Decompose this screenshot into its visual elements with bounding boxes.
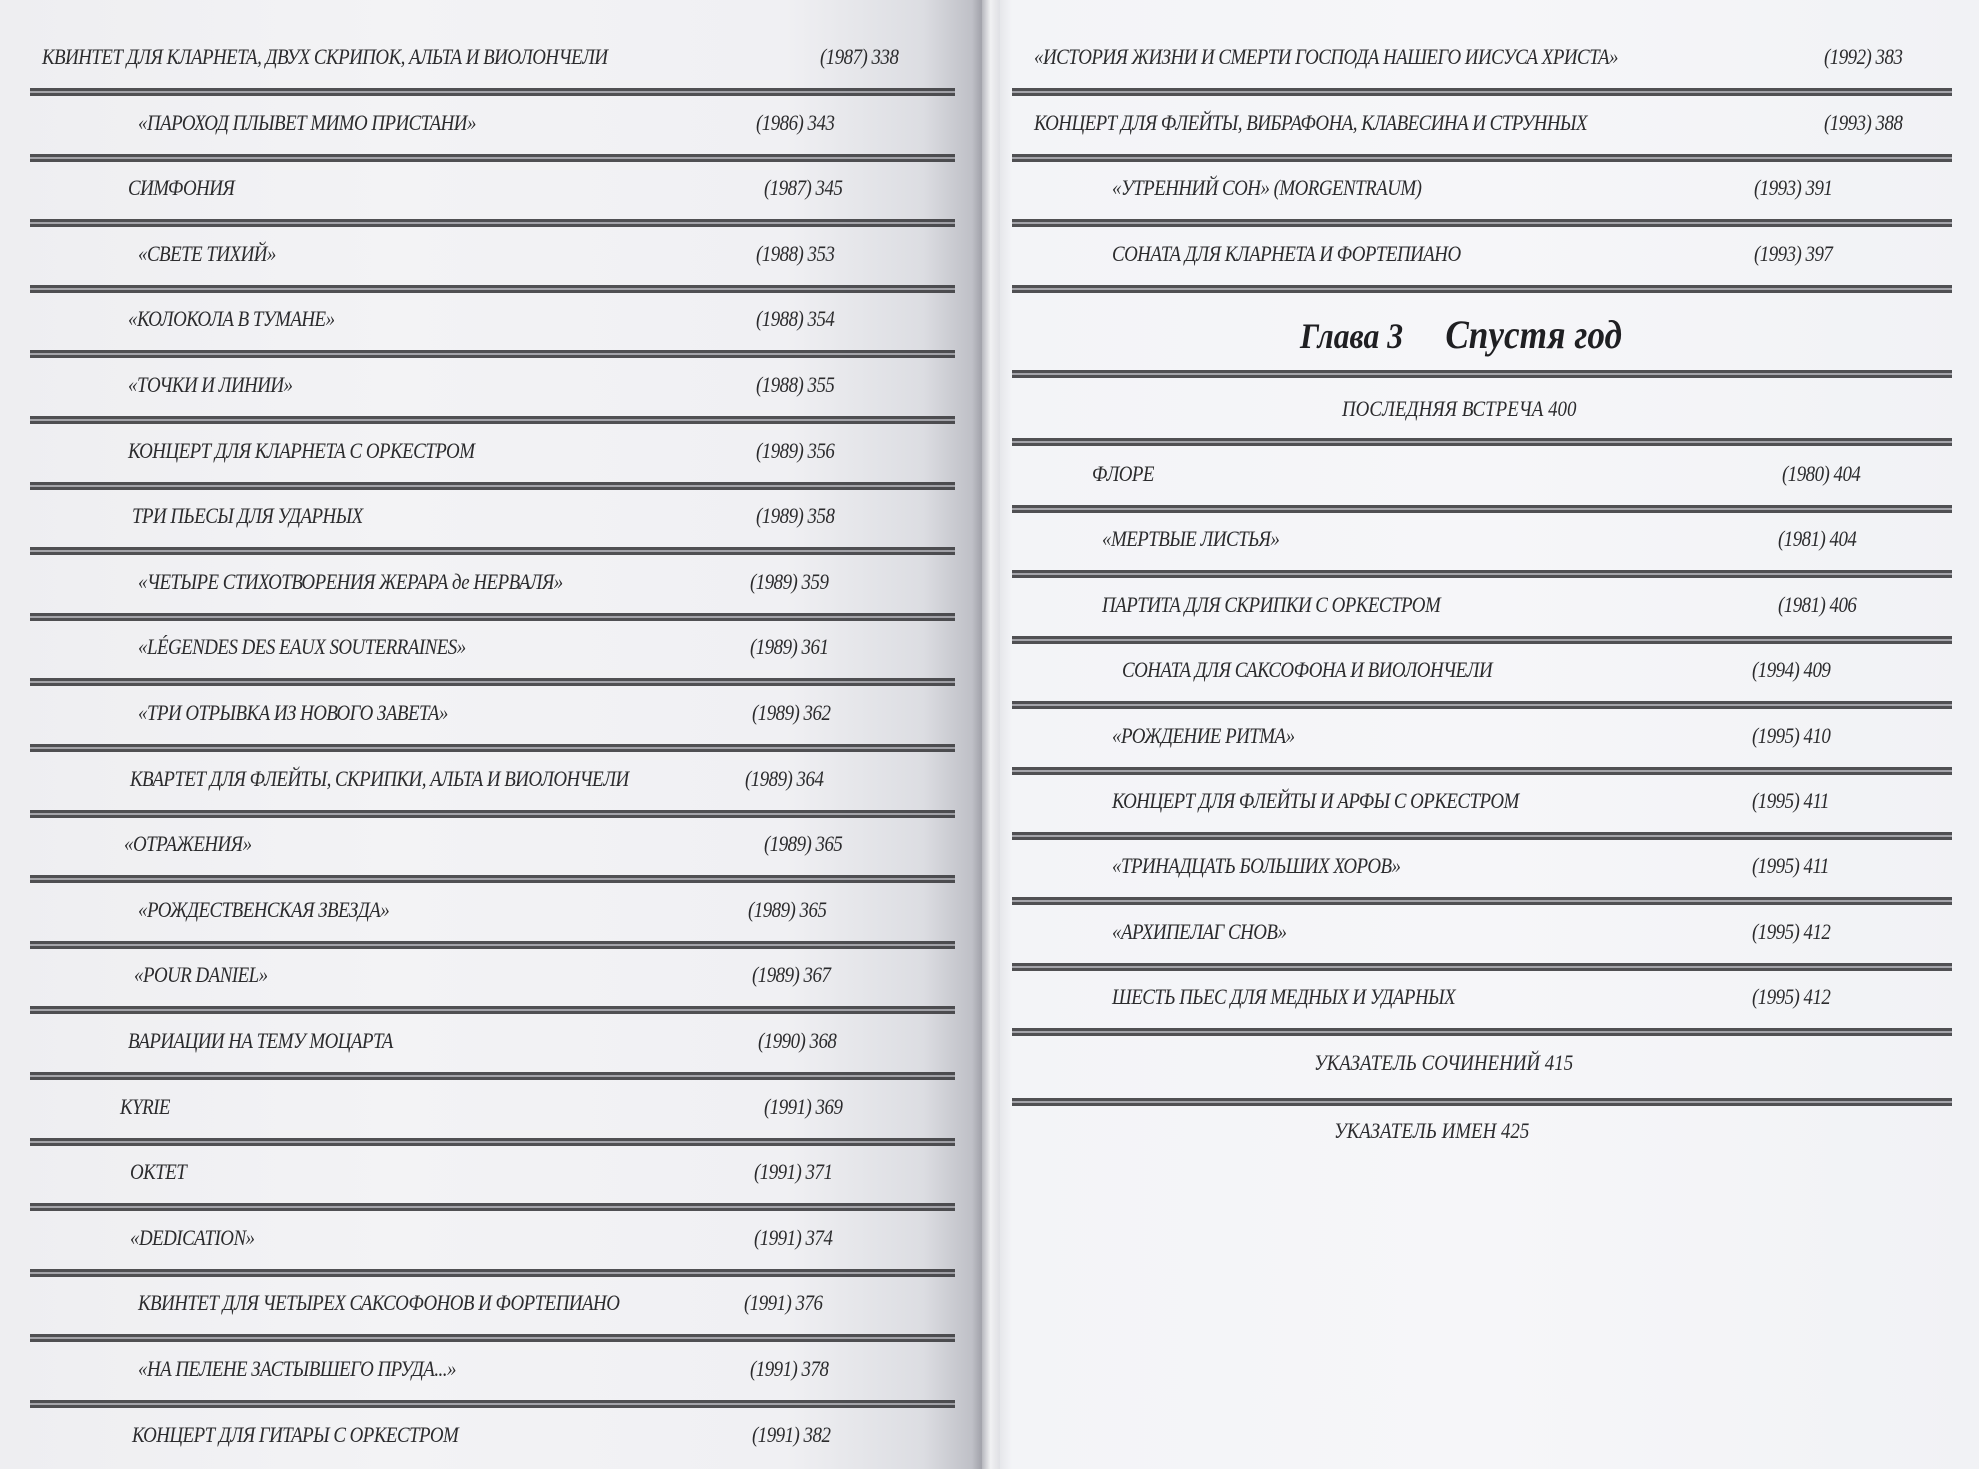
entry-year-page: (1989) 364	[745, 766, 823, 792]
entry-title: КВИНТЕТ ДЛЯ КЛАРНЕТА, ДВУХ СКРИПОК, АЛЬТ…	[42, 44, 608, 69]
entry-year-page: (1980) 404	[1782, 461, 1860, 487]
double-rule-divider	[30, 941, 955, 949]
entry-title: «НА ПЕЛЕНЕ ЗАСТЫВШЕГО ПРУДА...»	[138, 1356, 456, 1381]
double-rule-divider	[30, 678, 955, 686]
entry-year-page: (1989) 358	[756, 503, 834, 529]
toc-entry[interactable]: «УТРЕННИЙ СОН» (MORGENTRAUM)(1993) 391	[1112, 175, 1421, 201]
toc-entry[interactable]: СОНАТА ДЛЯ САКСОФОНА И ВИОЛОНЧЕЛИ(1994) …	[1122, 657, 1492, 683]
toc-entry[interactable]: «ТОЧКИ И ЛИНИИ»(1988) 355	[128, 372, 293, 398]
entry-year-page: (1981) 406	[1778, 592, 1856, 618]
entry-title: «DEDICATION»	[130, 1225, 254, 1250]
entry-title: «КОЛОКОЛА В ТУМАНЕ»	[128, 306, 335, 331]
entry-title: KYRIE	[120, 1094, 170, 1119]
double-rule-divider	[1012, 963, 1952, 971]
entry-title: «СВЕТЕ ТИХИЙ»	[138, 241, 276, 266]
double-rule-divider	[1012, 285, 1952, 293]
double-rule-divider	[30, 613, 955, 621]
double-rule-divider	[30, 482, 955, 490]
left-page: КВИНТЕТ ДЛЯ КЛАРНЕТА, ДВУХ СКРИПОК, АЛЬТ…	[0, 0, 982, 1469]
entry-year-page: (1993) 391	[1754, 175, 1832, 201]
toc-entry[interactable]: «СВЕТЕ ТИХИЙ»(1988) 353	[138, 241, 276, 267]
double-rule-divider	[30, 154, 955, 162]
double-rule-divider	[30, 1006, 955, 1014]
entry-year-page: (1991) 374	[754, 1225, 832, 1251]
entry-title: ПАРТИТА ДЛЯ СКРИПКИ С ОРКЕСТРОМ	[1102, 592, 1440, 617]
toc-entry[interactable]: «РОЖДЕСТВЕНСКАЯ ЗВЕЗДА»(1989) 365	[138, 897, 389, 923]
toc-entry[interactable]: «LÉGENDES DES EAUX SOUTERRAINES»(1989) 3…	[138, 634, 466, 660]
toc-entry[interactable]: КОНЦЕРТ ДЛЯ КЛАРНЕТА С ОРКЕСТРОМ(1989) 3…	[128, 438, 474, 464]
double-rule-divider	[1012, 154, 1952, 162]
chapter-number: Глава 3	[1300, 316, 1403, 356]
toc-entry[interactable]: KYRIE(1991) 369	[120, 1094, 170, 1120]
toc-entry[interactable]: «ТРИНАДЦАТЬ БОЛЬШИХ ХОРОВ»(1995) 411	[1112, 853, 1400, 879]
toc-entry[interactable]: «КОЛОКОЛА В ТУМАНЕ»(1988) 354	[128, 306, 335, 332]
double-rule-divider	[30, 810, 955, 818]
toc-entry[interactable]: ШЕСТЬ ПЬЕС ДЛЯ МЕДНЫХ И УДАРНЫХ(1995) 41…	[1112, 984, 1455, 1010]
double-rule-divider	[30, 1138, 955, 1146]
double-rule-divider	[1012, 219, 1952, 227]
entry-year-page: (1993) 397	[1754, 241, 1832, 267]
toc-entry[interactable]: КОНЦЕРТ ДЛЯ ФЛЕЙТЫ И АРФЫ С ОРКЕСТРОМ(19…	[1112, 788, 1519, 814]
entry-year-page: (1989) 356	[756, 438, 834, 464]
toc-entry[interactable]: ФЛОРЕ(1980) 404	[1092, 461, 1154, 487]
entry-year-page: (1991) 369	[764, 1094, 842, 1120]
double-rule-divider	[1012, 505, 1952, 513]
entry-title: «ТРИ ОТРЫВКА ИЗ НОВОГО ЗАВЕТА»	[138, 700, 448, 725]
double-rule-divider	[30, 1334, 955, 1342]
entry-title: «ТРИНАДЦАТЬ БОЛЬШИХ ХОРОВ»	[1112, 853, 1400, 878]
toc-entry[interactable]: «ОТРАЖЕНИЯ»(1989) 365	[124, 831, 252, 857]
double-rule-divider	[30, 1072, 955, 1080]
entry-year-page: (1988) 354	[756, 306, 834, 332]
double-rule-divider	[1012, 370, 1952, 378]
double-rule-divider	[1012, 438, 1952, 446]
entry-title: ФЛОРЕ	[1092, 461, 1154, 486]
entry-title: «LÉGENDES DES EAUX SOUTERRAINES»	[138, 634, 466, 659]
entry-year-page: (1991) 371	[754, 1159, 832, 1185]
entry-title: «РОЖДЕНИЕ РИТМА»	[1112, 723, 1295, 748]
double-rule-divider	[1012, 88, 1952, 96]
entry-year-page: (1987) 338	[820, 44, 898, 70]
entry-title: ВАРИАЦИИ НА ТЕМУ МОЦАРТА	[128, 1028, 393, 1053]
toc-entry[interactable]: «DEDICATION»(1991) 374	[130, 1225, 254, 1251]
bleed-through-texture	[1228, 1160, 1248, 1183]
entry-title: «МЕРТВЫЕ ЛИСТЬЯ»	[1102, 526, 1279, 551]
entry-year-page: (1988) 353	[756, 241, 834, 267]
toc-entry[interactable]: «ПАРОХОД ПЛЫВЕТ МИМО ПРИСТАНИ»(1986) 343	[138, 110, 476, 136]
entry-title: КОНЦЕРТ ДЛЯ ФЛЕЙТЫ И АРФЫ С ОРКЕСТРОМ	[1112, 788, 1519, 813]
double-rule-divider	[30, 744, 955, 752]
double-rule-divider	[1012, 701, 1952, 709]
double-rule-divider	[30, 1400, 955, 1408]
chapter-heading: Глава 3Спустя год	[1300, 311, 1622, 358]
section-last-meeting[interactable]: ПОСЛЕДНЯЯ ВСТРЕЧА 400	[1342, 396, 1576, 422]
entry-title: КВАРТЕТ ДЛЯ ФЛЕЙТЫ, СКРИПКИ, АЛЬТА И ВИО…	[130, 766, 629, 791]
entry-year-page: (1994) 409	[1752, 657, 1830, 683]
toc-entry[interactable]: КВИНТЕТ ДЛЯ КЛАРНЕТА, ДВУХ СКРИПОК, АЛЬТ…	[42, 44, 608, 70]
double-rule-divider	[30, 1269, 955, 1277]
double-rule-divider	[30, 219, 955, 227]
entry-title: «ТОЧКИ И ЛИНИИ»	[128, 372, 293, 397]
entry-year-page: (1992) 383	[1824, 44, 1902, 70]
entry-year-page: (1995) 412	[1752, 984, 1830, 1010]
entry-title: «POUR DANIEL»	[134, 962, 268, 987]
double-rule-divider	[1012, 570, 1952, 578]
entry-year-page: (1989) 362	[752, 700, 830, 726]
toc-entry[interactable]: КОНЦЕРТ ДЛЯ ФЛЕЙТЫ, ВИБРАФОНА, КЛАВЕСИНА…	[1034, 110, 1587, 136]
entry-year-page: (1995) 411	[1752, 853, 1829, 879]
entry-title: «ПАРОХОД ПЛЫВЕТ МИМО ПРИСТАНИ»	[138, 110, 476, 135]
toc-entry[interactable]: КВАРТЕТ ДЛЯ ФЛЕЙТЫ, СКРИПКИ, АЛЬТА И ВИО…	[130, 766, 629, 792]
entry-title: «АРХИПЕЛАГ СНОВ»	[1112, 919, 1286, 944]
double-rule-divider	[1012, 636, 1952, 644]
toc-entry[interactable]: КВИНТЕТ ДЛЯ ЧЕТЫРЕХ САКСОФОНОВ И ФОРТЕПИ…	[138, 1290, 619, 1316]
entry-year-page: (1981) 404	[1778, 526, 1856, 552]
book-gutter	[972, 0, 1000, 1469]
entry-year-page: (1995) 412	[1752, 919, 1830, 945]
double-rule-divider	[30, 875, 955, 883]
double-rule-divider	[30, 416, 955, 424]
entry-year-page: (1991) 378	[750, 1356, 828, 1382]
entry-title: КВИНТЕТ ДЛЯ ЧЕТЫРЕХ САКСОФОНОВ И ФОРТЕПИ…	[138, 1290, 619, 1315]
double-rule-divider	[30, 547, 955, 555]
entry-year-page: (1991) 376	[744, 1290, 822, 1316]
entry-title: ОКТЕТ	[130, 1159, 186, 1184]
toc-entry[interactable]: «POUR DANIEL»(1989) 367	[134, 962, 268, 988]
entry-title: «ОТРАЖЕНИЯ»	[124, 831, 252, 856]
entry-year-page: (1989) 365	[748, 897, 826, 923]
index-of-names-link[interactable]: УКАЗАТЕЛЬ ИМЕН 425	[1334, 1118, 1529, 1144]
toc-entry[interactable]: СИМФОНИЯ(1987) 345	[128, 175, 234, 201]
entry-year-page: (1989) 359	[750, 569, 828, 595]
toc-entry[interactable]: ОКТЕТ(1991) 371	[130, 1159, 186, 1185]
double-rule-divider	[1012, 767, 1952, 775]
entry-title: КОНЦЕРТ ДЛЯ ГИТАРЫ С ОРКЕСТРОМ	[132, 1422, 458, 1447]
entry-title: СОНАТА ДЛЯ КЛАРНЕТА И ФОРТЕПИАНО	[1112, 241, 1461, 266]
bleed-through-texture	[1200, 1130, 1220, 1153]
entry-title: ТРИ ПЬЕСЫ ДЛЯ УДАРНЫХ	[132, 503, 363, 528]
chapter-title: Спустя год	[1445, 312, 1622, 357]
double-rule-divider	[30, 285, 955, 293]
toc-entry[interactable]: ПАРТИТА ДЛЯ СКРИПКИ С ОРКЕСТРОМ(1981) 40…	[1102, 592, 1440, 618]
toc-entry[interactable]: «НА ПЕЛЕНЕ ЗАСТЫВШЕГО ПРУДА...»(1991) 37…	[138, 1356, 456, 1382]
entry-title: «УТРЕННИЙ СОН» (MORGENTRAUM)	[1112, 175, 1421, 200]
toc-entry[interactable]: «АРХИПЕЛАГ СНОВ»(1995) 412	[1112, 919, 1286, 945]
right-page: «ИСТОРИЯ ЖИЗНИ И СМЕРТИ ГОСПОДА НАШЕГО И…	[982, 0, 1979, 1469]
double-rule-divider	[30, 1203, 955, 1211]
toc-entry[interactable]: ВАРИАЦИИ НА ТЕМУ МОЦАРТА(1990) 368	[128, 1028, 393, 1054]
entry-title: ШЕСТЬ ПЬЕС ДЛЯ МЕДНЫХ И УДАРНЫХ	[1112, 984, 1455, 1009]
double-rule-divider	[1012, 832, 1952, 840]
toc-entry[interactable]: «ТРИ ОТРЫВКА ИЗ НОВОГО ЗАВЕТА»(1989) 362	[138, 700, 448, 726]
double-rule-divider	[30, 88, 955, 96]
entry-year-page: (1995) 410	[1752, 723, 1830, 749]
index-of-works-link[interactable]: УКАЗАТЕЛЬ СОЧИНЕНИЙ 415	[1314, 1050, 1573, 1076]
entry-year-page: (1995) 411	[1752, 788, 1829, 814]
toc-entry[interactable]: «РОЖДЕНИЕ РИТМА»(1995) 410	[1112, 723, 1295, 749]
toc-entry[interactable]: «МЕРТВЫЕ ЛИСТЬЯ»(1981) 404	[1102, 526, 1279, 552]
entry-title: КОНЦЕРТ ДЛЯ ФЛЕЙТЫ, ВИБРАФОНА, КЛАВЕСИНА…	[1034, 110, 1587, 135]
double-rule-divider	[30, 350, 955, 358]
entry-title: СИМФОНИЯ	[128, 175, 234, 200]
double-rule-divider	[1012, 1028, 1952, 1036]
entry-year-page: (1989) 367	[752, 962, 830, 988]
double-rule-divider	[1012, 897, 1952, 905]
entry-year-page: (1989) 365	[764, 831, 842, 857]
entry-title: «ИСТОРИЯ ЖИЗНИ И СМЕРТИ ГОСПОДА НАШЕГО И…	[1034, 44, 1618, 69]
entry-title: КОНЦЕРТ ДЛЯ КЛАРНЕТА С ОРКЕСТРОМ	[128, 438, 474, 463]
toc-entry[interactable]: КОНЦЕРТ ДЛЯ ГИТАРЫ С ОРКЕСТРОМ(1991) 382	[132, 1422, 458, 1448]
entry-title: «ЧЕТЫРЕ СТИХОТВОРЕНИЯ ЖЕРАРА де НЕРВАЛЯ»	[138, 569, 563, 594]
entry-year-page: (1987) 345	[764, 175, 842, 201]
entry-year-page: (1990) 368	[758, 1028, 836, 1054]
entry-year-page: (1989) 361	[750, 634, 828, 660]
double-rule-divider	[1012, 1098, 1952, 1106]
entry-year-page: (1986) 343	[756, 110, 834, 136]
toc-entry[interactable]: ТРИ ПЬЕСЫ ДЛЯ УДАРНЫХ(1989) 358	[132, 503, 363, 529]
entry-year-page: (1991) 382	[752, 1422, 830, 1448]
entry-title: СОНАТА ДЛЯ САКСОФОНА И ВИОЛОНЧЕЛИ	[1122, 657, 1492, 682]
entry-title: «РОЖДЕСТВЕНСКАЯ ЗВЕЗДА»	[138, 897, 389, 922]
entry-year-page: (1993) 388	[1824, 110, 1902, 136]
toc-entry[interactable]: «ЧЕТЫРЕ СТИХОТВОРЕНИЯ ЖЕРАРА де НЕРВАЛЯ»…	[138, 569, 563, 595]
toc-entry[interactable]: СОНАТА ДЛЯ КЛАРНЕТА И ФОРТЕПИАНО(1993) 3…	[1112, 241, 1461, 267]
toc-entry[interactable]: «ИСТОРИЯ ЖИЗНИ И СМЕРТИ ГОСПОДА НАШЕГО И…	[1034, 44, 1618, 70]
entry-year-page: (1988) 355	[756, 372, 834, 398]
